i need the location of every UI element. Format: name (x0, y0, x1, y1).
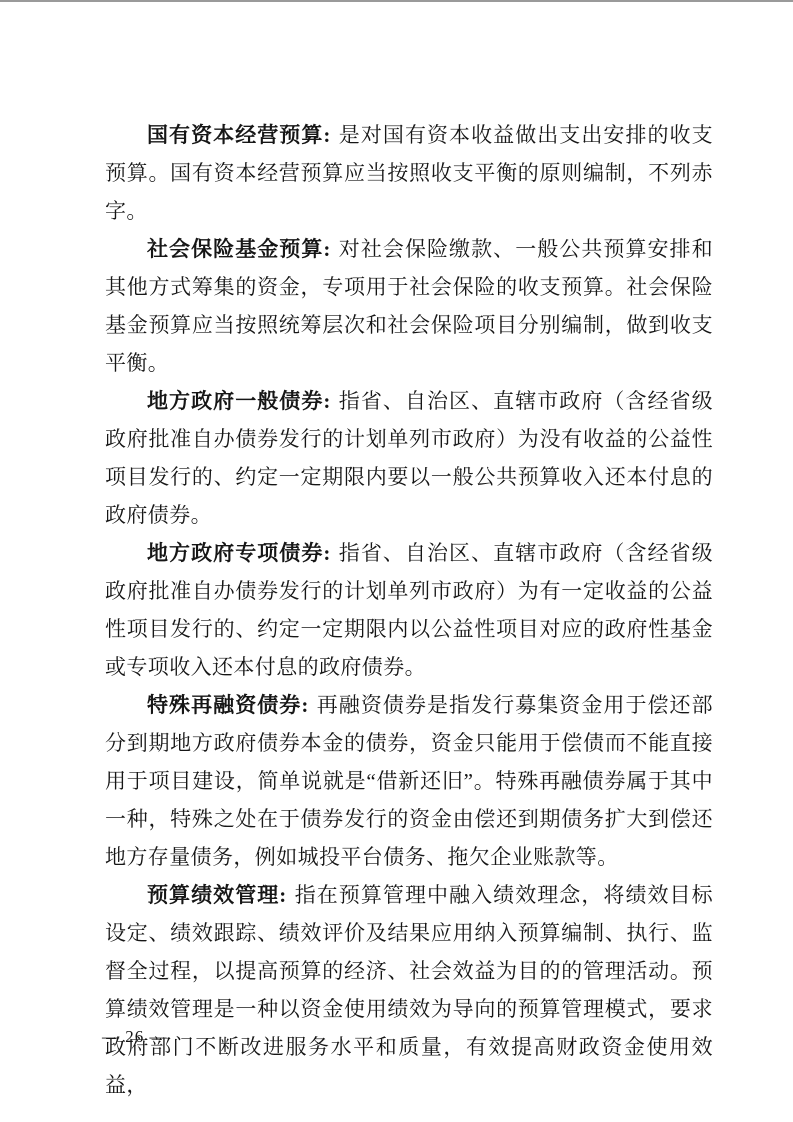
term-definition: 再融资债券是指发行募集资金用于偿还部分到期地方政府债券本金的债券，资金只能用于偿… (105, 693, 713, 869)
term-label: 地方政府专项债券: (147, 541, 338, 565)
glossary-paragraph-social-insurance-fund-budget: 社会保险基金预算:对社会保险缴款、一般公共预算安排和其他方式筹集的资金，专项用于… (105, 230, 713, 382)
term-label: 国有资本经营预算: (147, 123, 338, 147)
glossary-text-block: 国有资本经营预算:是对国有资本收益做出支出安排的收支预算。国有资本经营预算应当按… (105, 116, 713, 1104)
page-number-label: — 26 — (102, 1027, 168, 1046)
term-label: 社会保险基金预算: (147, 237, 338, 261)
glossary-paragraph-local-government-general-bonds: 地方政府一般债券:指省、自治区、直辖市政府（含经省级政府批准自办债券发行的计划单… (105, 382, 713, 534)
page-number: — 26 — (102, 1024, 168, 1050)
scan-artifact-top-edge (0, 0, 793, 2)
glossary-paragraph-budget-performance-management: 预算绩效管理:指在预算管理中融入绩效理念，将绩效目标设定、绩效跟踪、绩效评价及结… (105, 876, 713, 1104)
term-label: 预算绩效管理: (147, 883, 294, 907)
term-definition: 指在预算管理中融入绩效理念，将绩效目标设定、绩效跟踪、绩效评价及结果应用纳入预算… (105, 883, 713, 1097)
glossary-paragraph-state-capital-budget: 国有资本经营预算:是对国有资本收益做出支出安排的收支预算。国有资本经营预算应当按… (105, 116, 713, 230)
glossary-paragraph-special-refinancing-bonds: 特殊再融资债券:再融资债券是指发行募集资金用于偿还部分到期地方政府债券本金的债券… (105, 686, 713, 876)
term-label: 地方政府一般债券: (147, 389, 338, 413)
glossary-paragraph-local-government-special-bonds: 地方政府专项债券:指省、自治区、直辖市政府（含经省级政府批准自办债券发行的计划单… (105, 534, 713, 686)
term-label: 特殊再融资债券: (147, 693, 316, 717)
document-page: 国有资本经营预算:是对国有资本收益做出支出安排的收支预算。国有资本经营预算应当按… (0, 0, 793, 1122)
